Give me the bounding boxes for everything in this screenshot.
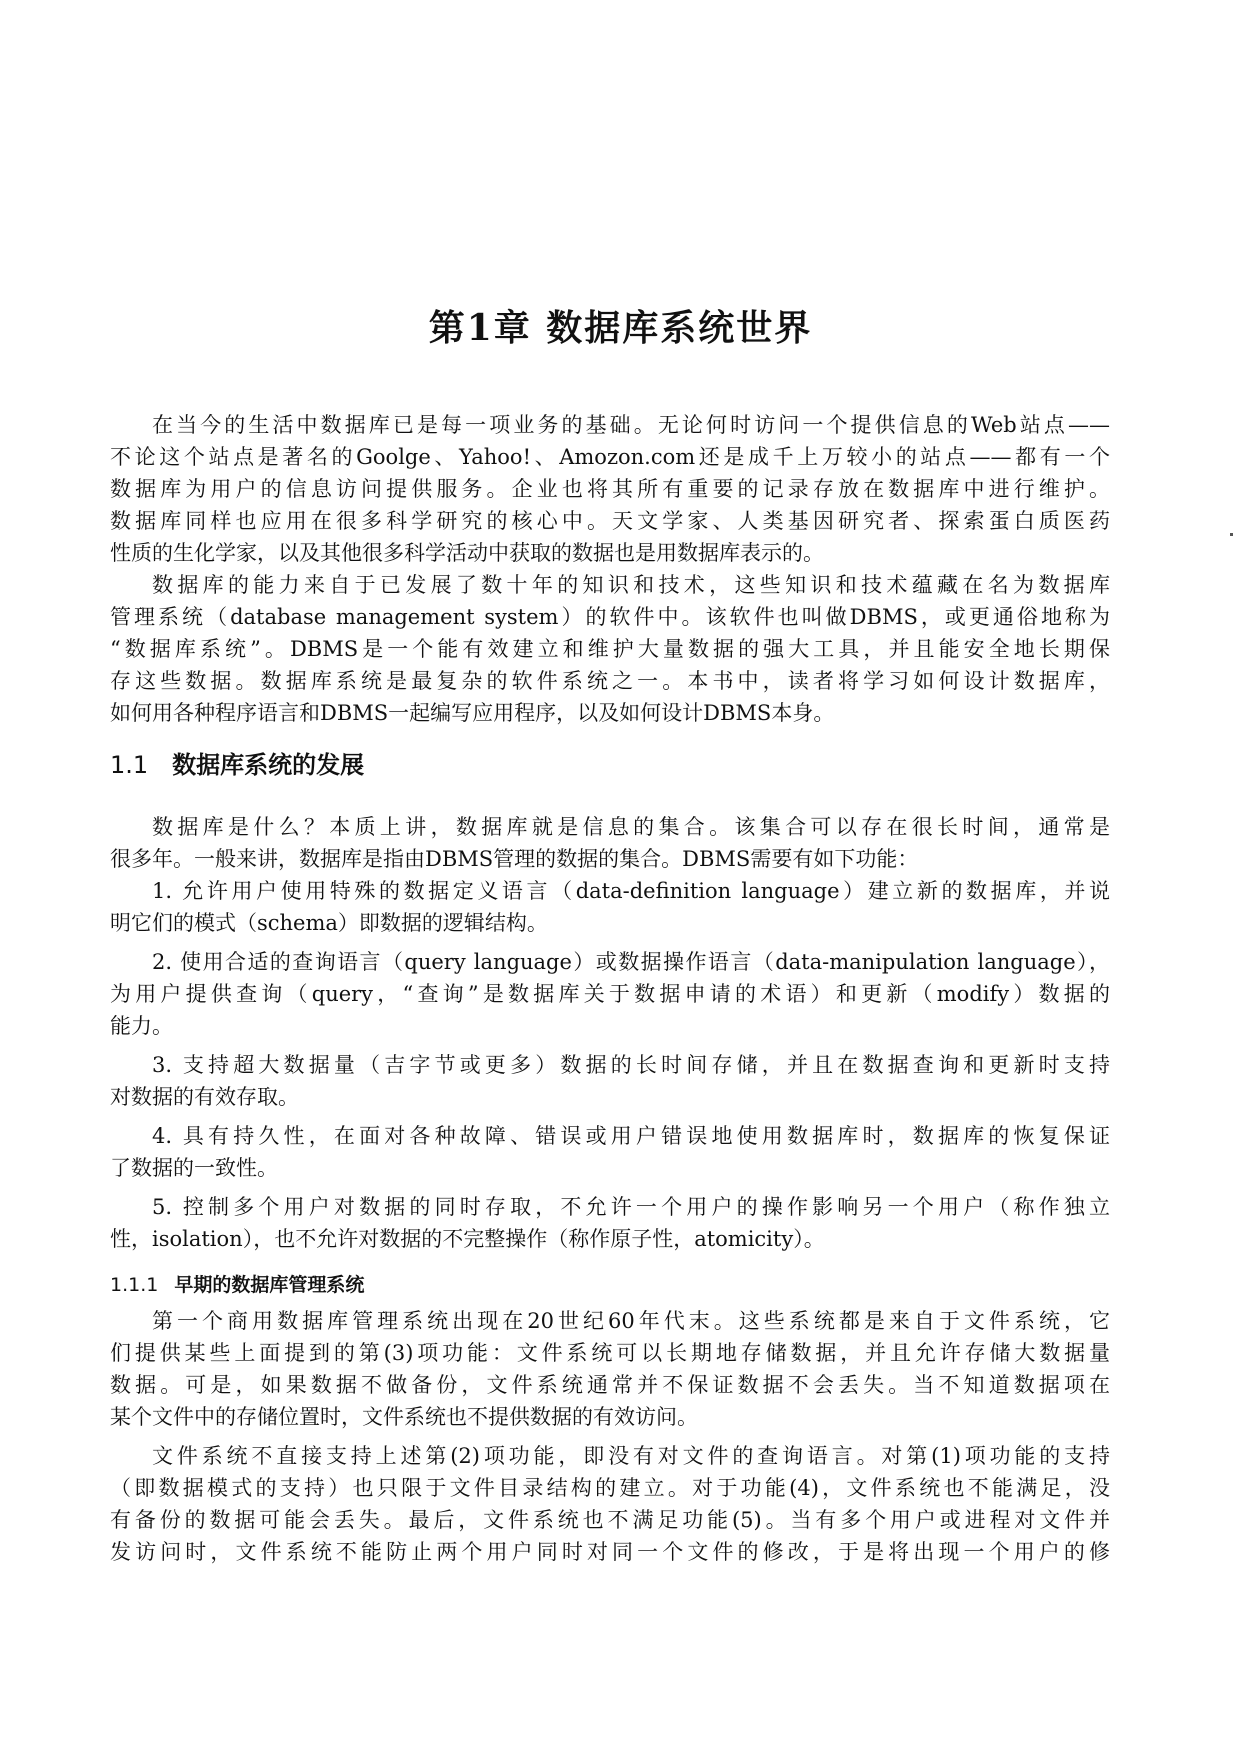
- subsection-number: 1.1.1: [110, 1274, 158, 1296]
- intro-p2-line-4: 存这些数据。数据库系统是最复杂的软件系统之一。本书中，读者将学习如何设计数据库，: [110, 666, 1110, 696]
- subsection-title: 早期的数据库管理系统: [174, 1274, 364, 1296]
- s111-p2-line-1: 文件系统不直接支持上述第(2)项功能，即没有对文件的查询语言。对第(1)项功能的…: [152, 1441, 1110, 1471]
- book-page: 第1章 数据库系统世界 在当今的生活中数据库已是每一项业务的基础。无论何时访问一…: [0, 0, 1241, 1755]
- s11-item4-line-2: 了数据的一致性。: [110, 1153, 1110, 1183]
- s111-p2-line-2: （即数据模式的支持）也只限于文件目录结构的建立。对于功能(4)，文件系统也不能满…: [110, 1473, 1110, 1503]
- intro-p1-line-2: 不论这个站点是著名的Goolge、Yahoo!、Amozon.com还是成千上万…: [110, 442, 1110, 472]
- intro-p1-line-3: 数据库为用户的信息访问提供服务。企业也将其所有重要的记录存放在数据库中进行维护。: [110, 474, 1110, 504]
- section-title: 数据库系统的发展: [172, 751, 364, 779]
- chapter-title: 第1章 数据库系统世界: [0, 300, 1241, 351]
- s111-p1-line-3: 数据。可是，如果数据不做备份，文件系统通常并不保证数据不会丢失。当不知道数据项在: [110, 1370, 1110, 1400]
- section-heading-1-1: 1.1数据库系统的发展: [110, 745, 364, 780]
- scan-speck: [1230, 533, 1233, 536]
- s11-item1-line-1: 1. 允许用户使用特殊的数据定义语言（data-definition langu…: [152, 876, 1110, 906]
- s11-item2-line-2: 为用户提供查询（query，“查询”是数据库关于数据申请的术语）和更新（modi…: [110, 979, 1110, 1009]
- section-heading-1-1-1: 1.1.1早期的数据库管理系统: [110, 1270, 364, 1297]
- intro-p2-line-3: “数据库系统”。DBMS是一个能有效建立和维护大量数据的强大工具，并且能安全地长…: [110, 634, 1110, 664]
- s11-item5-line-2: 性，isolation），也不允许对数据的不完整操作（称作原子性，atomici…: [110, 1224, 1110, 1254]
- s111-p1-line-4: 某个文件中的存储位置时，文件系统也不提供数据的有效访问。: [110, 1402, 1110, 1432]
- s11-item2-line-1: 2. 使用合适的查询语言（query language）或数据操作语言（data…: [152, 947, 1110, 977]
- section-number: 1.1: [110, 751, 148, 779]
- s111-p2-line-4: 发访问时，文件系统不能防止两个用户同时对同一个文件的修改，于是将出现一个用户的修: [110, 1537, 1110, 1567]
- s111-p2-line-3: 有备份的数据可能会丢失。最后，文件系统也不满足功能(5)。当有多个用户或进程对文…: [110, 1505, 1110, 1535]
- s11-p1-line-2: 很多年。一般来讲，数据库是指由DBMS管理的数据的集合。DBMS需要有如下功能：: [110, 844, 1110, 874]
- s111-p1-line-2: 们提供某些上面提到的第(3)项功能：文件系统可以长期地存储数据，并且允许存储大数…: [110, 1338, 1110, 1368]
- intro-p2-line-5: 如何用各种程序语言和DBMS一起编写应用程序，以及如何设计DBMS本身。: [110, 698, 1110, 728]
- intro-p1-line-1: 在当今的生活中数据库已是每一项业务的基础。无论何时访问一个提供信息的Web站点—…: [152, 410, 1110, 440]
- intro-p2-line-2: 管理系统（database management system）的软件中。该软件…: [110, 602, 1110, 632]
- s11-item4-line-1: 4. 具有持久性，在面对各种故障、错误或用户错误地使用数据库时，数据库的恢复保证: [152, 1121, 1110, 1151]
- intro-p1-line-5: 性质的生化学家，以及其他很多科学活动中获取的数据也是用数据库表示的。: [110, 538, 1110, 568]
- intro-p1-line-4: 数据库同样也应用在很多科学研究的核心中。天文学家、人类基因研究者、探索蛋白质医药: [110, 506, 1110, 536]
- s11-item5-line-1: 5. 控制多个用户对数据的同时存取，不允许一个用户的操作影响另一个用户（称作独立: [152, 1192, 1110, 1222]
- s11-item3-line-2: 对数据的有效存取。: [110, 1082, 1110, 1112]
- intro-p2-line-1: 数据库的能力来自于已发展了数十年的知识和技术，这些知识和技术蕴藏在名为数据库: [152, 570, 1110, 600]
- s11-item3-line-1: 3. 支持超大数据量（吉字节或更多）数据的长时间存储，并且在数据查询和更新时支持: [152, 1050, 1110, 1080]
- s11-item1-line-2: 明它们的模式（schema）即数据的逻辑结构。: [110, 908, 1110, 938]
- s11-item2-line-3: 能力。: [110, 1011, 1110, 1041]
- s11-p1-line-1: 数据库是什么？本质上讲，数据库就是信息的集合。该集合可以存在很长时间，通常是: [152, 812, 1110, 842]
- s111-p1-line-1: 第一个商用数据库管理系统出现在20世纪60年代末。这些系统都是来自于文件系统，它: [152, 1306, 1110, 1336]
